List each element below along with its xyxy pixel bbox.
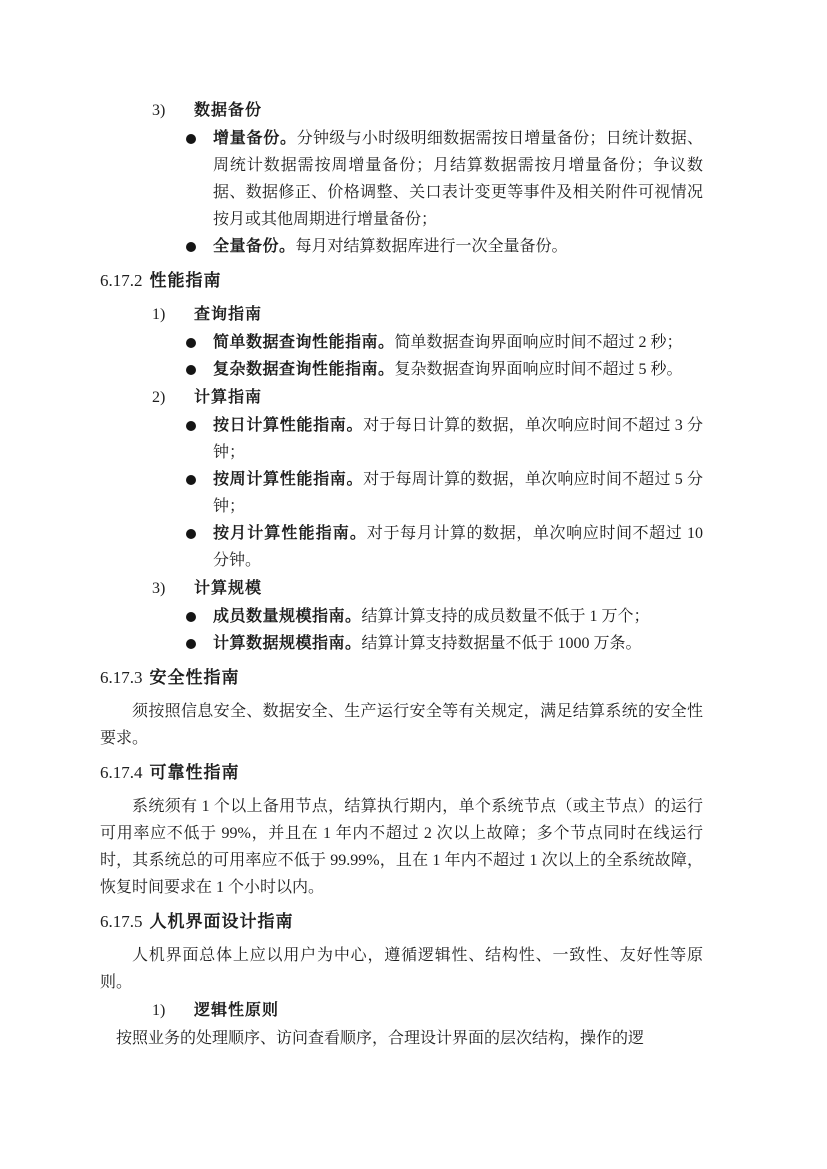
section-heading-6-17-3: 6.17.3安全性指南 — [100, 664, 703, 691]
numbered-heading-data-backup: 3)数据备份 — [152, 97, 703, 124]
bullet-icon — [186, 612, 196, 622]
paragraph-logic-detail: 按照业务的处理顺序、访问查看顺序，合理设计界面的层次结构，操作的逻 — [100, 1025, 703, 1052]
bullet-item-data-scale: 计算数据规模指南。结算计算支持数据量不低于 1000 万条。 — [100, 630, 703, 657]
section-heading-6-17-2: 6.17.2性能指南 — [100, 267, 703, 294]
section-title: 性能指南 — [150, 271, 222, 290]
list-title: 数据备份 — [194, 102, 262, 119]
bullet-icon — [186, 134, 196, 144]
document-page: 3)数据备份 增量备份。分钟级与小时级明细数据需按日增量备份；日统计数据、周统计… — [0, 0, 827, 1169]
list-title: 计算规模 — [194, 580, 262, 597]
section-number: 6.17.4 — [100, 763, 143, 782]
bullet-lead: 按日计算性能指南。 — [213, 417, 363, 434]
bullet-text: 每月对结算数据库进行一次全量备份。 — [296, 238, 568, 255]
paragraph-ui-principles: 人机界面总体上应以用户为中心，遵循逻辑性、结构性、一致性、友好性等原则。 — [100, 942, 703, 996]
bullet-text: 简单数据查询界面响应时间不超过 2 秒； — [395, 334, 683, 351]
bullet-lead: 按月计算性能指南。 — [213, 525, 367, 542]
bullet-icon — [186, 639, 196, 649]
bullet-lead: 按周计算性能指南。 — [213, 471, 363, 488]
section-title: 人机界面设计指南 — [150, 912, 294, 931]
list-number: 1) — [152, 997, 194, 1024]
bullet-lead: 全量备份。 — [213, 238, 296, 255]
bullet-icon — [186, 338, 196, 348]
list-number: 2) — [152, 384, 194, 411]
paragraph-reliability: 系统须有 1 个以上备用节点，结算执行期内，单个系统节点（或主节点）的运行可用率… — [100, 793, 703, 901]
section-number: 6.17.2 — [100, 271, 143, 290]
bullet-icon — [186, 421, 196, 431]
list-title: 计算指南 — [194, 389, 262, 406]
bullet-item-simple-query: 简单数据查询性能指南。简单数据查询界面响应时间不超过 2 秒； — [100, 329, 703, 356]
list-number: 3) — [152, 575, 194, 602]
bullet-item-monthly-calc: 按月计算性能指南。对于每月计算的数据，单次响应时间不超过 10 分钟。 — [100, 520, 703, 574]
bullet-icon — [186, 475, 196, 485]
section-heading-6-17-4: 6.17.4可靠性指南 — [100, 759, 703, 786]
bullet-item-incremental-backup: 增量备份。分钟级与小时级明细数据需按日增量备份；日统计数据、周统计数据需按周增量… — [100, 125, 703, 233]
bullet-item-daily-calc: 按日计算性能指南。对于每日计算的数据，单次响应时间不超过 3 分钟； — [100, 412, 703, 466]
paragraph-security: 须按照信息安全、数据安全、生产运行安全等有关规定，满足结算系统的安全性要求。 — [100, 698, 703, 752]
bullet-item-member-scale: 成员数量规模指南。结算计算支持的成员数量不低于 1 万个； — [100, 603, 703, 630]
section-number: 6.17.5 — [100, 912, 143, 931]
bullet-text: 结算计算支持数据量不低于 1000 万条。 — [362, 635, 642, 652]
numbered-heading-query-guide: 1)查询指南 — [152, 301, 703, 328]
list-number: 3) — [152, 97, 194, 124]
bullet-text: 复杂数据查询界面响应时间不超过 5 秒。 — [395, 361, 683, 378]
section-heading-6-17-5: 6.17.5人机界面设计指南 — [100, 908, 703, 935]
section-title: 可靠性指南 — [150, 763, 240, 782]
bullet-lead: 简单数据查询性能指南。 — [213, 334, 395, 351]
bullet-item-weekly-calc: 按周计算性能指南。对于每周计算的数据，单次响应时间不超过 5 分钟； — [100, 466, 703, 520]
section-number: 6.17.3 — [100, 668, 143, 687]
bullet-icon — [186, 529, 196, 539]
list-title: 查询指南 — [194, 306, 262, 323]
bullet-icon — [186, 242, 196, 252]
bullet-item-full-backup: 全量备份。每月对结算数据库进行一次全量备份。 — [100, 233, 703, 260]
bullet-lead: 计算数据规模指南。 — [213, 635, 362, 652]
numbered-heading-calc-guide: 2)计算指南 — [152, 384, 703, 411]
bullet-lead: 增量备份。 — [213, 130, 297, 147]
bullet-lead: 复杂数据查询性能指南。 — [213, 361, 395, 378]
bullet-text: 结算计算支持的成员数量不低于 1 万个； — [362, 608, 650, 625]
bullet-item-complex-query: 复杂数据查询性能指南。复杂数据查询界面响应时间不超过 5 秒。 — [100, 356, 703, 383]
numbered-heading-logic-principle: 1)逻辑性原则 — [152, 997, 703, 1024]
bullet-icon — [186, 365, 196, 375]
bullet-lead: 成员数量规模指南。 — [213, 608, 362, 625]
list-number: 1) — [152, 301, 194, 328]
section-title: 安全性指南 — [150, 668, 240, 687]
list-title: 逻辑性原则 — [194, 1002, 279, 1019]
numbered-heading-calc-scale: 3)计算规模 — [152, 575, 703, 602]
